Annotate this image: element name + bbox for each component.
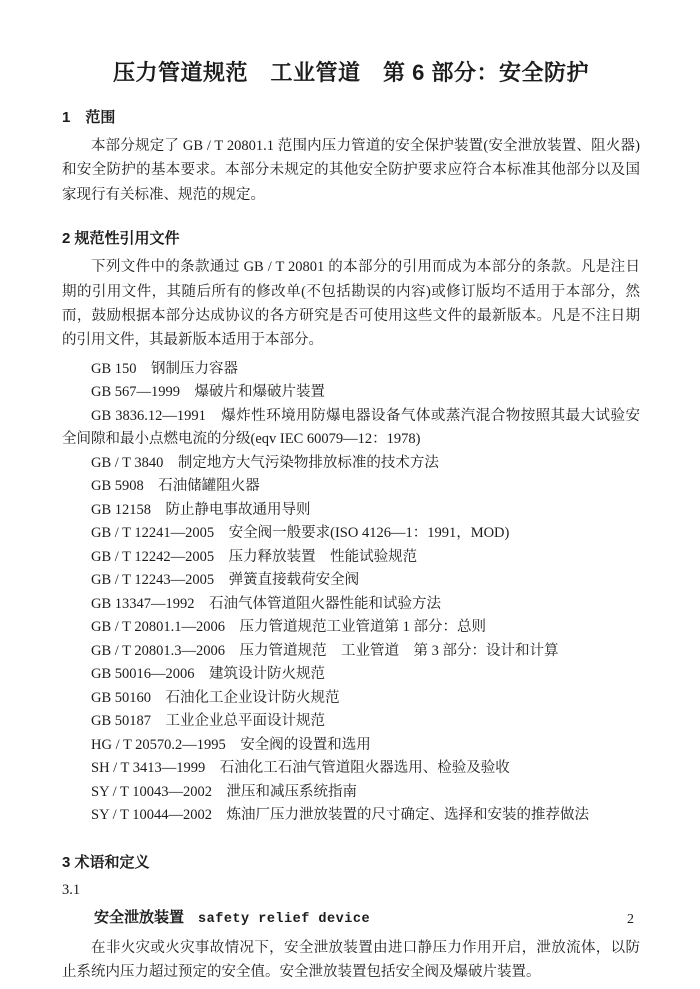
reference-item: GB 13347—1992 石油气体管道阻火器性能和试验方法 [62,593,640,617]
reference-item: GB 567—1999 爆破片和爆破片装置 [62,381,640,405]
reference-item: GB 150 钢制压力容器 [62,358,640,382]
reference-item: GB / T 12243—2005 弹簧直接载荷安全阀 [62,569,640,593]
section-2-paragraph: 下列文件中的条款通过 GB / T 20801 的本部分的引用而成为本部分的条款… [62,255,640,353]
reference-item: GB / T 3840 制定地方大气污染物排放标准的技术方法 [62,452,640,476]
reference-item: GB 50187 工业企业总平面设计规范 [62,710,640,734]
section-3-paragraph: 在非火灾或火灾事故情况下，安全泄放装置由进口静压力作用开启，泄放流体，以防止系统… [62,936,640,985]
term-english: safety relief device [198,912,370,927]
reference-item: GB / T 12241—2005 安全阀一般要求(ISO 4126—1：199… [62,522,640,546]
section-3-heading: 3 术语和定义 [62,853,640,873]
reference-item: GB 50016—2006 建筑设计防火规范 [62,663,640,687]
section-1-paragraph: 本部分规定了 GB / T 20801.1 范围内压力管道的安全保护装置(安全泄… [62,134,640,207]
section-1-heading: 1 范围 [62,108,640,128]
reference-item: SH / T 3413—1999 石油化工石油气管道阻火器选用、检验及验收 [62,757,640,781]
page-title: 压力管道规范 工业管道 第 6 部分：安全防护 [62,57,640,89]
term-heading: 安全泄放装置safety relief device [62,907,640,930]
reference-item: GB 5908 石油储罐阻火器 [62,475,640,499]
reference-item: HG / T 20570.2—1995 安全阀的设置和选用 [62,734,640,758]
reference-list: GB 150 钢制压力容器 GB 567—1999 爆破片和爆破片装置 GB 3… [62,358,640,828]
reference-item: GB / T 12242—2005 压力释放装置 性能试验规范 [62,546,640,570]
section-2-heading: 2 规范性引用文件 [62,229,640,249]
reference-item: GB / T 20801.1—2006 压力管道规范工业管道第 1 部分：总则 [62,616,640,640]
term-chinese: 安全泄放装置 [94,909,184,926]
page-number: 2 [627,912,634,928]
page-content: 压力管道规范 工业管道 第 6 部分：安全防护 1 范围 本部分规定了 GB /… [62,57,640,985]
reference-item: GB 50160 石油化工企业设计防火规范 [62,687,640,711]
reference-item: SY / T 10044—2002 炼油厂压力泄放装置的尺寸确定、选择和安装的推… [62,804,640,828]
document-page: 压力管道规范 工业管道 第 6 部分：安全防护 1 范围 本部分规定了 GB /… [0,0,700,989]
clause-number: 3.1 [62,880,640,900]
reference-item: GB 12158 防止静电事故通用导则 [62,499,640,523]
reference-item: GB / T 20801.3—2006 压力管道规范 工业管道 第 3 部分：设… [62,640,640,664]
reference-item: GB 3836.12—1991 爆炸性环境用防爆电器设备气体或蒸汽混合物按照其最… [62,405,640,452]
reference-item: SY / T 10043—2002 泄压和减压系统指南 [62,781,640,805]
